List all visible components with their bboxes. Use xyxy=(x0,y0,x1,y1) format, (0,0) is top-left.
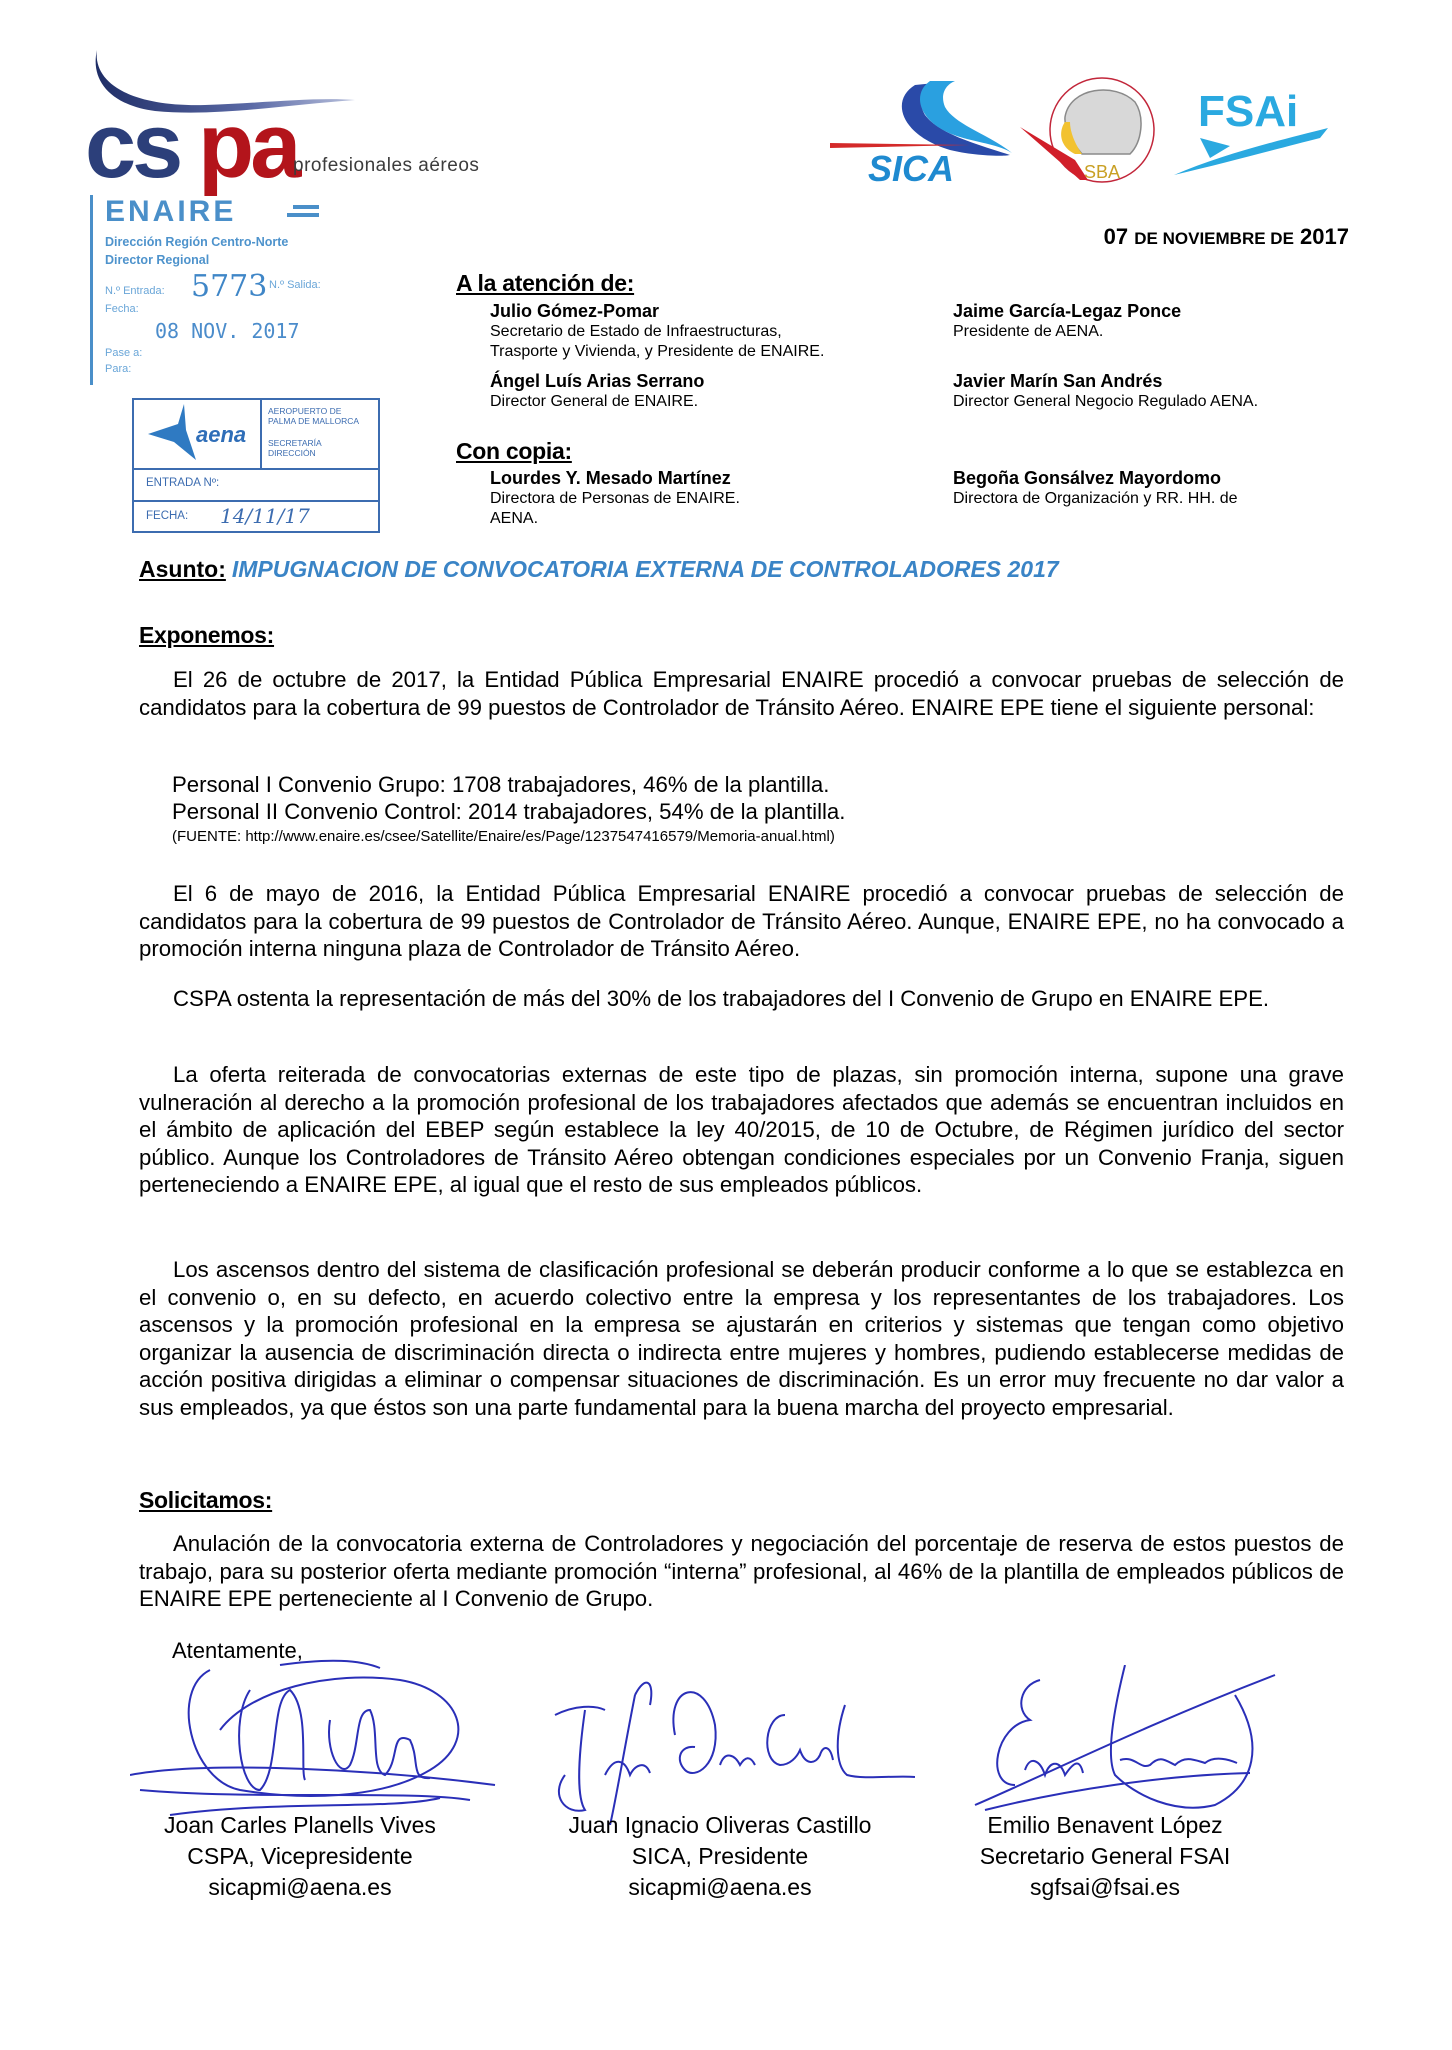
wave-icon: SICA xyxy=(830,75,1020,185)
svg-text:SBA: SBA xyxy=(1084,162,1120,182)
enaire-stamp-fecha-label: Fecha: xyxy=(105,303,139,315)
fsai-logo: FSAi xyxy=(1170,80,1330,180)
recipient-2: Jaime García-Legaz Ponce Presidente de A… xyxy=(953,300,1353,342)
svg-text:SICA: SICA xyxy=(868,148,954,185)
subject-text: IMPUGNACION DE CONVOCATORIA EXTERNA DE C… xyxy=(232,556,1059,582)
exponemos-paragraph-1: El 26 de octubre de 2017, la Entidad Púb… xyxy=(139,666,1344,721)
enaire-stamp-pase-label: Pase a: xyxy=(105,347,142,359)
solicitamos-heading: Solicitamos: xyxy=(139,1487,272,1514)
source-note: (FUENTE: http://www.enaire.es/csee/Satel… xyxy=(172,828,835,845)
signatory-2: Juan Ignacio Oliveras Castillo SICA, Pre… xyxy=(540,1810,900,1903)
aena-stamp-direccion: DIRECCIÓN xyxy=(268,448,316,458)
signatory-email[interactable]: sgfsai@fsai.es xyxy=(945,1872,1265,1903)
document-date: 07 DE NOVIEMBRE DE 2017 xyxy=(1104,224,1349,250)
signatory-title: SICA, Presidente xyxy=(540,1841,900,1872)
enaire-stamp-salida-label: N.º Salida: xyxy=(269,279,321,291)
aena-stamp-secretaria: SECRETARÍA xyxy=(268,438,322,448)
enaire-stamp-director: Director Regional xyxy=(105,253,209,267)
exponemos-paragraph-4: La oferta reiterada de convocatorias ext… xyxy=(139,1061,1344,1199)
enaire-stamp-fecha-value: 08 NOV. 2017 xyxy=(155,319,300,343)
signatory-name: Joan Carles Planells Vives xyxy=(150,1810,450,1841)
aena-logo: aena xyxy=(134,400,262,468)
enaire-stamp-region: Dirección Región Centro-Norte xyxy=(105,235,288,249)
signature-benavent-icon xyxy=(965,1665,1285,1815)
subject-line: Asunto:IMPUGNACION DE CONVOCATORIA EXTER… xyxy=(139,556,1059,583)
exponemos-paragraph-3: CSPA ostenta la representación de más de… xyxy=(139,985,1344,1013)
staff-list-item-1: Personal I Convenio Grupo: 1708 trabajad… xyxy=(172,771,829,798)
subject-label: Asunto: xyxy=(139,556,226,582)
cspa-logo: cs pa profesionales aéreos xyxy=(85,45,505,185)
cspa-logo-subtitle: profesionales aéreos xyxy=(293,155,479,177)
cspa-logo-pa: pa xyxy=(198,100,297,192)
signature-oliveras-icon xyxy=(535,1665,915,1825)
signatory-title: Secretario General FSAI xyxy=(945,1841,1265,1872)
signatory-title: CSPA, Vicepresidente xyxy=(150,1841,450,1872)
recipient-1: Julio Gómez-Pomar Secretario de Estado d… xyxy=(490,300,930,362)
enaire-lines-icon xyxy=(293,205,319,209)
copy-recipient-1: Lourdes Y. Mesado Martínez Directora de … xyxy=(490,467,930,529)
enaire-received-stamp: ENAIRE Dirección Región Centro-Norte Dir… xyxy=(90,195,383,385)
signatory-name: Emilio Benavent López xyxy=(945,1810,1265,1841)
svg-text:FSAi: FSAi xyxy=(1198,87,1298,136)
aena-stamp-airport: AEROPUERTO DE xyxy=(268,406,341,416)
recipient-4: Javier Marín San Andrés Director General… xyxy=(953,370,1353,412)
signatory-email[interactable]: sicapmi@aena.es xyxy=(150,1872,450,1903)
solicitamos-paragraph: Anulación de la convocatoria externa de … xyxy=(139,1530,1344,1613)
attention-heading: A la atención de: xyxy=(456,270,634,297)
staff-list-item-2: Personal II Convenio Control: 2014 traba… xyxy=(172,798,845,825)
cspa-logo-cs: cs xyxy=(85,100,179,192)
aena-stamp-fecha-label: FECHA: xyxy=(146,510,188,522)
signatory-name: Juan Ignacio Oliveras Castillo xyxy=(540,1810,900,1841)
sba-logo: SBA xyxy=(1020,72,1170,192)
copy-heading: Con copia: xyxy=(456,438,572,465)
exponemos-paragraph-2: El 6 de mayo de 2016, la Entidad Pública… xyxy=(139,880,1344,963)
aena-stamp-airport-name: PALMA DE MALLORCA xyxy=(268,416,359,426)
enaire-stamp-entrada-label: N.º Entrada: xyxy=(105,285,165,297)
aena-received-stamp: aena AEROPUERTO DE PALMA DE MALLORCA SEC… xyxy=(132,398,380,533)
plane-icon: FSAi xyxy=(1170,80,1330,180)
sica-logo: SICA xyxy=(830,75,1020,185)
enaire-stamp-entrada-value: 5773 xyxy=(191,269,267,304)
enaire-stamp-title: ENAIRE xyxy=(105,195,236,229)
signatory-email[interactable]: sicapmi@aena.es xyxy=(540,1872,900,1903)
aena-triangle-icon: aena xyxy=(134,400,260,468)
aena-stamp-fecha-value: 14/11/17 xyxy=(220,504,310,528)
exponemos-heading: Exponemos: xyxy=(139,622,274,649)
aena-stamp-entrada-label: ENTRADA Nº: xyxy=(146,477,219,489)
exponemos-paragraph-5: Los ascensos dentro del sistema de clasi… xyxy=(139,1256,1344,1421)
recipient-3: Ángel Luís Arias Serrano Director Genera… xyxy=(490,370,930,412)
svg-text:aena: aena xyxy=(196,422,246,447)
enaire-stamp-para-label: Para: xyxy=(105,363,131,375)
signatory-3: Emilio Benavent López Secretario General… xyxy=(945,1810,1265,1903)
copy-recipient-2: Begoña Gonsálvez Mayordomo Directora de … xyxy=(953,467,1353,509)
signatory-1: Joan Carles Planells Vives CSPA, Vicepre… xyxy=(150,1810,450,1903)
helmet-icon: SBA xyxy=(1020,72,1170,192)
